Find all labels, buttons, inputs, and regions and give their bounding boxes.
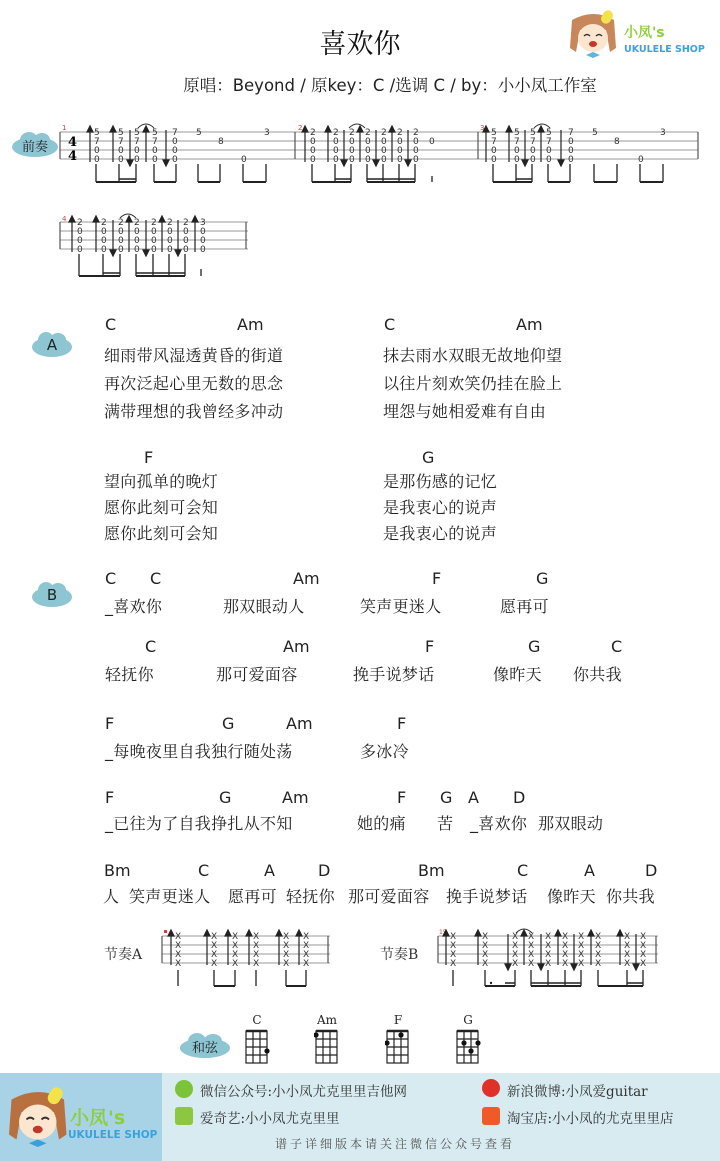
- svg-text:0: 0: [167, 245, 173, 255]
- svg-text:0: 0: [429, 137, 435, 147]
- lyric-phrase: 你共我: [573, 662, 622, 685]
- chord-diagram-name: C: [242, 1013, 272, 1027]
- svg-text:0: 0: [134, 245, 140, 255]
- svg-text:X: X: [303, 959, 309, 969]
- svg-text:3: 3: [660, 128, 666, 138]
- svg-text:0: 0: [397, 155, 403, 165]
- intro-tab-row-2: 4 2000 2000 2000 2000 2000 2000 2000 300…: [58, 212, 258, 280]
- svg-text:0: 0: [151, 245, 157, 255]
- lyric-phrase: 像昨天: [493, 662, 542, 685]
- svg-text:0: 0: [134, 155, 140, 165]
- chord: D: [513, 788, 525, 807]
- lyric-phrase: _每晚夜里自我独行随处荡: [105, 739, 293, 762]
- svg-text:0: 0: [118, 245, 124, 255]
- chord-diagram-am: [314, 1029, 344, 1065]
- chord-diagram-name: Am: [312, 1013, 342, 1027]
- lyric-line: 再次泛起心里无数的思念: [104, 371, 283, 394]
- girl-mascot-icon: [566, 8, 622, 60]
- chord: G: [422, 448, 434, 467]
- svg-text:0: 0: [94, 155, 100, 165]
- chord-diagram-g: [455, 1029, 485, 1065]
- lyric-phrase: 那可爱面容: [216, 662, 298, 685]
- svg-text:X: X: [528, 959, 534, 969]
- lyric-line: 愿你此刻可会知: [104, 521, 218, 544]
- svg-text:8: 8: [218, 137, 224, 147]
- chord-diagram-name: G: [453, 1013, 483, 1027]
- svg-text:0: 0: [310, 155, 316, 165]
- chord: G: [219, 788, 231, 807]
- intro-section-marker: 前奏: [12, 131, 58, 159]
- footer-note: 谱子详细版本请关注微信公众号查看: [275, 1135, 515, 1152]
- top-brand-en: UKULELE SHOP: [624, 44, 705, 55]
- chord: F: [432, 569, 441, 588]
- svg-text:5: 5: [592, 128, 598, 138]
- chord: Am: [293, 569, 320, 588]
- taobao-store: 淘宝店:小小凤的尤克里里店: [507, 1107, 674, 1127]
- svg-text:0: 0: [77, 245, 83, 255]
- lyric-line: 以往片刻欢笑仍挂在脸上: [383, 371, 562, 394]
- lyric-phrase: 她的痛: [357, 811, 406, 834]
- lyric-line: 细雨带风湿透黄昏的街道: [104, 343, 283, 366]
- lyric-phrase: 那双眼动: [538, 811, 603, 834]
- svg-text:8: 8: [614, 137, 620, 147]
- top-logo: 小凤's UKULELE SHOP: [566, 8, 716, 60]
- lyric-phrase: _喜欢你: [105, 594, 162, 617]
- intro-tab-row-1: 4 4 1 2 3 5700 5700 5700 5700 7000 5803 …: [58, 122, 708, 190]
- chord: G: [536, 569, 548, 588]
- svg-text:X: X: [450, 959, 456, 969]
- chord: Am: [286, 714, 313, 733]
- svg-text:0: 0: [491, 155, 497, 165]
- chord-diagram-f: [385, 1029, 415, 1065]
- svg-text:X: X: [482, 959, 488, 969]
- svg-text:4: 4: [68, 149, 77, 164]
- svg-text:0: 0: [381, 155, 387, 165]
- lyric-phrase: 笑声更迷人: [360, 594, 442, 617]
- chord: A: [584, 861, 595, 880]
- lyric-phrase: 挽手说梦话: [353, 662, 435, 685]
- top-brand-cn: 小凤's: [624, 22, 665, 42]
- footer-banner: 小凤's UKULELE SHOP 微信公众号:小小凤尤克里里吉他网 新浪微博:…: [0, 1073, 720, 1161]
- chord: D: [645, 861, 657, 880]
- svg-text:0: 0: [183, 245, 189, 255]
- rhythm-b-label: 节奏B: [380, 944, 418, 964]
- chord: A: [264, 861, 275, 880]
- taobao-icon: [482, 1107, 500, 1125]
- chord: D: [318, 861, 330, 880]
- chord: G: [440, 788, 452, 807]
- svg-text:X: X: [562, 959, 568, 969]
- svg-text:X: X: [595, 959, 601, 969]
- svg-text:5: 5: [196, 128, 202, 138]
- svg-text:0: 0: [118, 155, 124, 165]
- weibo-icon: [482, 1079, 500, 1097]
- svg-text:3: 3: [264, 128, 270, 138]
- svg-text:0: 0: [101, 245, 107, 255]
- rhythm-a-tab: XXXX XXXX XXXX XXXX XXXX XXXX: [160, 928, 340, 990]
- svg-text:X: X: [232, 959, 238, 969]
- svg-text:0: 0: [365, 155, 371, 165]
- lyric-phrase: 轻抚你: [105, 662, 154, 685]
- lyric-line: 埋怨与她相爱难有自由: [383, 399, 546, 422]
- svg-text:X: X: [512, 959, 518, 969]
- girl-mascot-icon: [4, 1077, 74, 1157]
- chord: C: [150, 569, 161, 588]
- svg-text:0: 0: [638, 155, 644, 165]
- rhythm-a-label: 节奏A: [104, 944, 142, 964]
- svg-text:0: 0: [546, 155, 552, 165]
- lyric-phrase: 挽手说梦话: [446, 884, 528, 907]
- footer-brand-en: UKULELE SHOP: [68, 1129, 157, 1141]
- svg-text:X: X: [253, 959, 259, 969]
- chord: F: [397, 788, 406, 807]
- chord: Am: [516, 315, 543, 334]
- svg-text:X: X: [624, 959, 630, 969]
- svg-text:X: X: [640, 959, 646, 969]
- chord-diagram-c: [244, 1029, 274, 1065]
- chord-diagram-name: F: [383, 1013, 413, 1027]
- svg-text:0: 0: [349, 155, 355, 165]
- section-a-marker: A: [32, 331, 72, 359]
- chord: C: [611, 637, 622, 656]
- chord: F: [144, 448, 153, 467]
- iqiyi-account: 爱奇艺:小小凤尤克里里: [200, 1107, 340, 1127]
- svg-text:0: 0: [413, 155, 419, 165]
- lyric-phrase: _喜欢你: [470, 811, 527, 834]
- chord: C: [105, 569, 116, 588]
- svg-text:0: 0: [152, 155, 158, 165]
- chord: Am: [282, 788, 309, 807]
- lyric-line: 是那伤感的记忆: [383, 469, 497, 492]
- chord: F: [105, 714, 114, 733]
- svg-text:X: X: [578, 959, 584, 969]
- svg-text:0: 0: [514, 155, 520, 165]
- footer-brand-cn: 小凤's: [70, 1103, 125, 1130]
- lyric-phrase: 轻抚你: [286, 884, 335, 907]
- lyric-phrase: 那双眼动人: [223, 594, 305, 617]
- lyric-line: 是我衷心的说声: [383, 495, 497, 518]
- chord: C: [517, 861, 528, 880]
- lyric-line: 满带理想的我曾经多冲动: [104, 399, 283, 422]
- svg-text:0: 0: [172, 155, 178, 165]
- lyric-line: 望向孤单的晚灯: [104, 469, 218, 492]
- chord: F: [397, 714, 406, 733]
- wechat-icon: [175, 1080, 193, 1098]
- section-b-marker: B: [32, 581, 72, 609]
- wechat-account: 微信公众号:小小凤尤克里里吉他网: [200, 1080, 407, 1100]
- svg-text:X: X: [545, 959, 551, 969]
- chord: Bm: [104, 861, 131, 880]
- svg-text:X: X: [175, 959, 181, 969]
- lyric-phrase: _已往为了自我挣扎从不知: [105, 811, 293, 834]
- chord: F: [425, 637, 434, 656]
- lyric-phrase: 像昨天: [547, 884, 596, 907]
- chord: Bm: [418, 861, 445, 880]
- chord: C: [145, 637, 156, 656]
- chord: A: [468, 788, 479, 807]
- chord: C: [105, 315, 116, 334]
- svg-text:X: X: [211, 959, 217, 969]
- lyric-phrase: 你共我: [606, 884, 655, 907]
- svg-text:X: X: [283, 959, 289, 969]
- lyric-line: 抹去雨水双眼无故地仰望: [383, 343, 562, 366]
- lyric-phrase: 愿再可: [500, 594, 549, 617]
- lyric-phrase: 多冰冷: [360, 739, 409, 762]
- chord: Am: [283, 637, 310, 656]
- svg-text:1: 1: [62, 124, 66, 132]
- svg-text:0: 0: [241, 155, 247, 165]
- svg-text:4: 4: [62, 215, 67, 223]
- lyric-phrase: 愿再可: [228, 884, 277, 907]
- chord: Am: [237, 315, 264, 334]
- chord: G: [528, 637, 540, 656]
- chord: F: [105, 788, 114, 807]
- lyric-phrase: 苦: [437, 811, 453, 834]
- iqiyi-icon: [175, 1107, 193, 1125]
- chord: C: [198, 861, 209, 880]
- svg-text:0: 0: [200, 245, 206, 255]
- chord: C: [384, 315, 395, 334]
- chord: G: [222, 714, 234, 733]
- svg-text:0: 0: [530, 155, 536, 165]
- lyric-phrase: 人: [103, 884, 119, 907]
- footer-brand-panel: 小凤's UKULELE SHOP: [0, 1073, 162, 1161]
- svg-text:0: 0: [568, 155, 574, 165]
- song-credits: 原唱：Beyond / 原key：C /选调 C / by：小小凤工作室: [0, 72, 720, 96]
- rhythm-b-tab: 15 XXXX XXXX XXXX XXXX XXXX XXXX XXXX XX…: [436, 928, 666, 990]
- svg-text:4: 4: [68, 135, 77, 150]
- chord-chart-marker: 和弦: [180, 1032, 230, 1060]
- lyric-line: 愿你此刻可会知: [104, 495, 218, 518]
- lyric-line: 是我衷心的说声: [383, 521, 497, 544]
- lyric-phrase: 那可爱面容: [348, 884, 430, 907]
- weibo-account: 新浪微博:小凤爱guitar: [507, 1080, 648, 1100]
- svg-text:2: 2: [298, 124, 302, 132]
- lyric-phrase: 笑声更迷人: [129, 884, 211, 907]
- svg-text:0: 0: [333, 155, 339, 165]
